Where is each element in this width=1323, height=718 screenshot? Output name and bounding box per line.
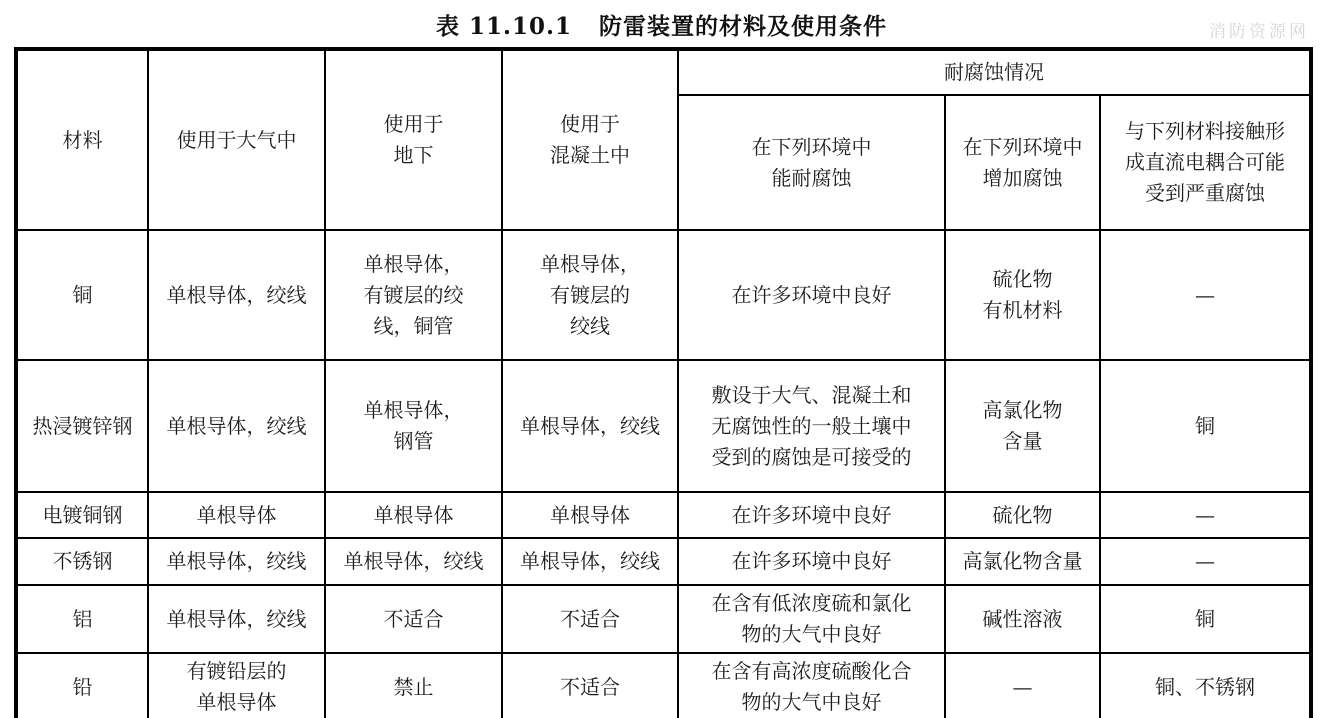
table-row: 铅 有镀铅层的 单根导体 禁止 不适合 在含有高浓度硫酸化合 物的大气中良好 —…: [16, 653, 1311, 718]
cell-underground: 禁止: [325, 653, 502, 718]
cell-concrete: 不适合: [502, 585, 678, 653]
cell-underground: 不适合: [325, 585, 502, 653]
table-row: 铝 单根导体，绞线 不适合 不适合 在含有低浓度硫和氯化 物的大气中良好 碱性溶…: [16, 585, 1311, 653]
cell-material: 铝: [16, 585, 148, 653]
cell-resistant: 在含有低浓度硫和氯化 物的大气中良好: [678, 585, 945, 653]
header-row-top: 材料 使用于大气中 使用于 地下 使用于 混凝土中 耐腐蚀情况: [16, 49, 1311, 95]
cell-material: 铅: [16, 653, 148, 718]
cell-increased: 硫化物: [945, 492, 1100, 538]
cell-coupling: —: [1100, 230, 1311, 360]
table-row: 热浸镀锌钢 单根导体，绞线 单根导体， 钢管 单根导体，绞线 敷设于大气、混凝土…: [16, 360, 1311, 492]
header-atmosphere: 使用于大气中: [148, 49, 325, 230]
document-page: 表 11.10.1 防雷装置的材料及使用条件 消防资源网 材料 使用于大气中 使…: [0, 0, 1323, 718]
table-row: 铜 单根导体，绞线 单根导体， 有镀层的绞 线，铜管 单根导体， 有镀层的 绞线…: [16, 230, 1311, 360]
cell-resistant: 在许多环境中良好: [678, 538, 945, 585]
cell-coupling: 铜、不锈钢: [1100, 653, 1311, 718]
cell-atmosphere: 单根导体，绞线: [148, 538, 325, 585]
cell-underground: 单根导体，绞线: [325, 538, 502, 585]
table-row: 不锈钢 单根导体，绞线 单根导体，绞线 单根导体，绞线 在许多环境中良好 高氯化…: [16, 538, 1311, 585]
header-coupling: 与下列材料接触形 成直流电耦合可能 受到严重腐蚀: [1100, 95, 1311, 230]
cell-material: 铜: [16, 230, 148, 360]
cell-atmosphere: 有镀铅层的 单根导体: [148, 653, 325, 718]
cell-concrete: 不适合: [502, 653, 678, 718]
header-material: 材料: [16, 49, 148, 230]
header-concrete: 使用于 混凝土中: [502, 49, 678, 230]
header-increased: 在下列环境中 增加腐蚀: [945, 95, 1100, 230]
cell-increased: 硫化物 有机材料: [945, 230, 1100, 360]
cell-material: 电镀铜钢: [16, 492, 148, 538]
header-corrosion-group: 耐腐蚀情况: [678, 49, 1311, 95]
cell-resistant: 敷设于大气、混凝土和 无腐蚀性的一般土壤中 受到的腐蚀是可接受的: [678, 360, 945, 492]
cell-increased: 高氯化物 含量: [945, 360, 1100, 492]
cell-coupling: —: [1100, 538, 1311, 585]
cell-atmosphere: 单根导体: [148, 492, 325, 538]
cell-coupling: 铜: [1100, 585, 1311, 653]
cell-coupling: —: [1100, 492, 1311, 538]
cell-concrete: 单根导体，绞线: [502, 538, 678, 585]
cell-concrete: 单根导体，绞线: [502, 360, 678, 492]
table-title: 表 11.10.1 防雷装置的材料及使用条件: [0, 8, 1323, 41]
header-resistant: 在下列环境中 能耐腐蚀: [678, 95, 945, 230]
cell-resistant: 在许多环境中良好: [678, 230, 945, 360]
cell-underground: 单根导体: [325, 492, 502, 538]
cell-increased: 碱性溶液: [945, 585, 1100, 653]
cell-increased: —: [945, 653, 1100, 718]
cell-material: 热浸镀锌钢: [16, 360, 148, 492]
cell-increased: 高氯化物含量: [945, 538, 1100, 585]
cell-resistant: 在许多环境中良好: [678, 492, 945, 538]
cell-concrete: 单根导体: [502, 492, 678, 538]
cell-material: 不锈钢: [16, 538, 148, 585]
table-row: 电镀铜钢 单根导体 单根导体 单根导体 在许多环境中良好 硫化物 —: [16, 492, 1311, 538]
cell-atmosphere: 单根导体，绞线: [148, 585, 325, 653]
cell-underground: 单根导体， 钢管: [325, 360, 502, 492]
cell-coupling: 铜: [1100, 360, 1311, 492]
watermark: 消防资源网: [1209, 17, 1309, 42]
materials-table: 材料 使用于大气中 使用于 地下 使用于 混凝土中 耐腐蚀情况 在下列环境中 能…: [14, 47, 1313, 718]
cell-resistant: 在含有高浓度硫酸化合 物的大气中良好: [678, 653, 945, 718]
cell-atmosphere: 单根导体，绞线: [148, 230, 325, 360]
cell-atmosphere: 单根导体，绞线: [148, 360, 325, 492]
header-underground: 使用于 地下: [325, 49, 502, 230]
cell-underground: 单根导体， 有镀层的绞 线，铜管: [325, 230, 502, 360]
cell-concrete: 单根导体， 有镀层的 绞线: [502, 230, 678, 360]
